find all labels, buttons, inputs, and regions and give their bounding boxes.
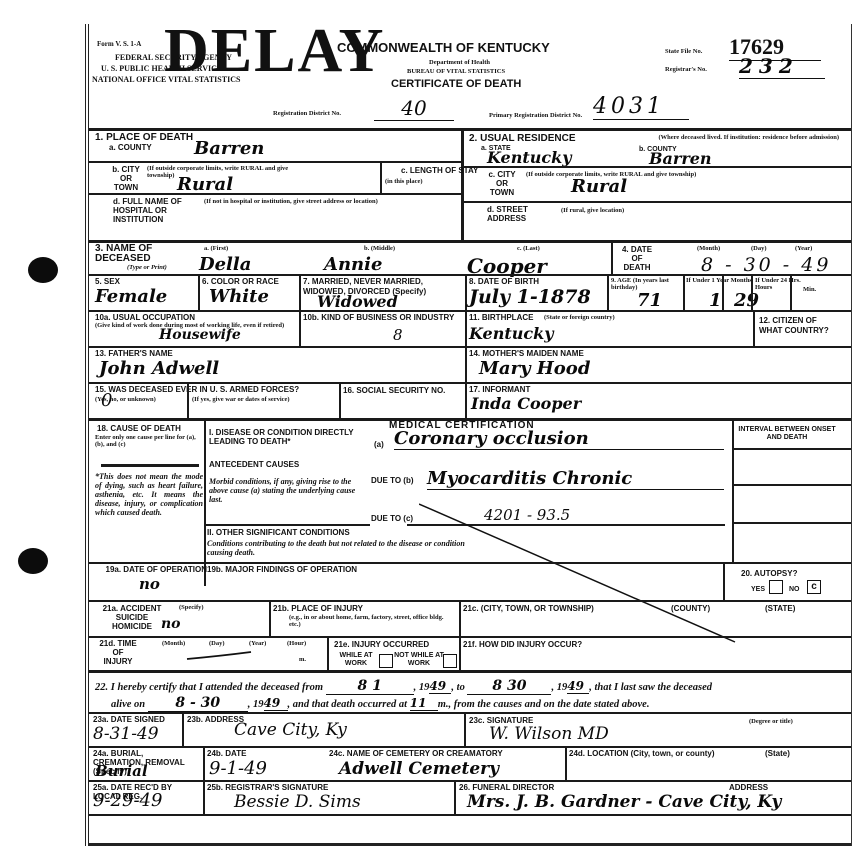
- injury-city-label: 21c. (CITY, TOWN, OR TOWNSHIP): [463, 604, 594, 613]
- degree-label: (Degree or title): [749, 718, 793, 725]
- name-label: 3. NAME OF DECEASED: [95, 244, 185, 264]
- registrar-number: 232: [739, 54, 825, 79]
- autopsy-yes-label: YES: [751, 585, 765, 594]
- autopsy-no-label: NO: [789, 585, 800, 594]
- injury-occurred-label: 21e. INJURY OCCURRED: [334, 640, 429, 649]
- operation-date-value: no: [139, 575, 160, 593]
- dod-value: 8 - 30 - 49: [701, 254, 831, 276]
- not-at-work-label: NOT WHILE AT WORK: [394, 652, 444, 668]
- attended-year-2: 49: [567, 679, 589, 694]
- certificate-title: CERTIFICATE OF DEATH: [391, 79, 521, 90]
- burial-date-label: 24b. DATE: [207, 749, 246, 758]
- hospital-note: (If not in hospital or institution, give…: [204, 198, 444, 205]
- street-note: (If rural, give location): [561, 207, 624, 214]
- date-signed-label: 23a. DATE SIGNED: [93, 715, 165, 724]
- alive-on-value: 8 - 30: [148, 695, 248, 712]
- strike-line: [419, 502, 739, 644]
- name-sub: (Type or Print): [127, 264, 167, 271]
- attended-from: 8 1: [326, 678, 414, 695]
- state-title: COMMONWEALTH OF KENTUCKY: [337, 42, 550, 53]
- age-min-label: Min.: [803, 286, 816, 293]
- cause-footnote: *This does not mean the mode of dying, s…: [95, 472, 203, 517]
- death-certificate: Form V. S. 1-A FEDERAL SECURITY AGENCY U…: [85, 24, 852, 846]
- middle-name-value: Annie: [324, 254, 382, 275]
- cert-text-b: that I last saw the deceased: [594, 682, 712, 693]
- attended-to: 8 30: [467, 678, 551, 695]
- birthplace-note: (State or foreign country): [544, 314, 615, 321]
- burial-state-label: (State): [765, 749, 790, 758]
- injury-time-dash: [185, 650, 255, 662]
- injury-time-label: 21d. TIME OF INJURY: [97, 639, 139, 666]
- place-of-death-label: 1. PLACE OF DEATH: [95, 132, 193, 143]
- first-name-value: Della: [199, 254, 251, 275]
- accident-label: 21a. ACCIDENT SUICIDE HOMICIDE: [97, 604, 167, 631]
- armed-forces-label: 15. WAS DECEASED EVER IN U. S. ARMED FOR…: [95, 385, 335, 394]
- marital-value: Widowed: [317, 292, 398, 311]
- county-label: a. COUNTY: [109, 143, 152, 152]
- cert-line-2: alive on 8 - 30, 1949, and that death oc…: [111, 695, 649, 712]
- age-months-value: 1: [709, 290, 722, 311]
- usual-residence-label: 2. USUAL RESIDENCE: [469, 133, 576, 144]
- attended-year-1: 49: [429, 679, 451, 694]
- cert-line-1: 22. I hereby certify that I attended the…: [95, 678, 712, 695]
- physician-signature: W. Wilson MD: [489, 724, 609, 744]
- date-received-value: 9-29-49: [93, 790, 162, 811]
- cause-a-value: Coronary occlusion: [394, 428, 724, 450]
- other-conditions-label: II. OTHER SIGNIFICANT CONDITIONS: [207, 528, 350, 537]
- cause-of-death-label: 18. CAUSE OF DEATH: [97, 424, 181, 433]
- antecedent-label: ANTECEDENT CAUSES: [209, 460, 299, 469]
- injury-place-note: (e.g., in or about home, farm, factory, …: [289, 614, 454, 628]
- alive-label: alive on: [111, 699, 145, 710]
- street-label: d. STREET ADDRESS: [487, 205, 537, 223]
- cert-text-c: m., from the causes and on the date stat…: [438, 699, 650, 710]
- interval-label: INTERVAL BETWEEN ONSET AND DEATH: [737, 426, 837, 442]
- birthplace-label: 11. BIRTHPLACE: [469, 313, 533, 322]
- line-c-label: DUE TO (c): [371, 514, 413, 523]
- at-work-label: WHILE AT WORK: [333, 652, 379, 668]
- injury-year-label: (Year): [249, 640, 266, 647]
- injury-day-label: (Day): [209, 640, 225, 647]
- occupation-value: Housewife: [159, 327, 241, 343]
- ssn-label: 16. SOCIAL SECURITY NO.: [343, 385, 453, 396]
- line-a-label: (a): [374, 440, 384, 449]
- injury-m: m.: [299, 656, 306, 663]
- race-label: 6. COLOR OR RACE: [202, 277, 279, 286]
- cemetery-value: Adwell Cemetery: [339, 759, 499, 779]
- dob-label: 8. DATE OF BIRTH: [469, 277, 539, 286]
- injury-month-label: (Month): [162, 640, 185, 647]
- injury-state-label: (STATE): [765, 604, 795, 613]
- dod-year-label: (Year): [795, 245, 812, 252]
- informant-value: Inda Cooper: [471, 394, 581, 413]
- burial-value: Burial: [95, 762, 148, 780]
- last-label: c. (Last): [517, 245, 540, 252]
- res-state-value: Kentucky: [487, 148, 572, 167]
- punch-hole-bottom: [18, 548, 48, 574]
- burial-date-value: 9-1-49: [209, 758, 267, 779]
- dod-label: 4. DATE OF DEATH: [617, 245, 657, 272]
- death-county-value: Barren: [194, 138, 264, 159]
- autopsy-label: 20. AUTOPSY?: [741, 569, 797, 578]
- informant-label: 17. INFORMANT: [469, 385, 530, 394]
- length-of-stay-note: (in this place): [385, 178, 423, 185]
- department: Department of Health: [429, 59, 490, 66]
- occupation-label: 10a. USUAL OCCUPATION: [95, 313, 195, 322]
- armed-note-2: (If yes, give war or dates of service): [192, 396, 290, 403]
- funeral-director-label: 26. FUNERAL DIRECTOR: [459, 783, 554, 792]
- registrar-signature: Bessie D. Sims: [234, 792, 361, 812]
- primary-district-number: 4031: [593, 94, 689, 120]
- cause-note: Enter only one cause per line for (a), (…: [95, 434, 205, 448]
- injury-county-label: (COUNTY): [671, 604, 710, 613]
- age-months-label: If Under 1 Year Months: [686, 277, 766, 284]
- armed-forces-value: 0: [101, 390, 112, 411]
- sex-label: 5. SEX: [95, 277, 120, 286]
- state-file-label: State File No.: [665, 48, 702, 55]
- injury-place-label: 21b. PLACE OF INJURY: [273, 604, 363, 613]
- accident-specify: (Specify): [179, 604, 204, 611]
- death-time-value: 11: [410, 696, 438, 711]
- signer-address-value: Cave City, Ky: [234, 720, 347, 740]
- res-city-label: c. CITY OR TOWN: [487, 170, 517, 197]
- birthplace-value: Kentucky: [469, 324, 554, 343]
- not-at-work-checkbox[interactable]: [443, 654, 457, 668]
- business-label: 10b. KIND OF BUSINESS OR INDUSTRY: [303, 313, 463, 322]
- burial-location-label: 24d. LOCATION (City, town, or county): [569, 749, 714, 758]
- alive-year: 49: [264, 696, 288, 711]
- mother-value: Mary Hood: [479, 358, 590, 379]
- death-occurred-text: and that death occurred at: [293, 699, 407, 710]
- age-label: 9. AGE (In years last birthday): [611, 277, 681, 291]
- primary-district-label: Primary Registration District No.: [489, 112, 582, 119]
- registration-district-label: Registration District No.: [273, 110, 341, 117]
- age-days-value: 29: [734, 290, 759, 311]
- registration-district-number: 40: [374, 96, 454, 121]
- funeral-address-label: ADDRESS: [729, 783, 768, 792]
- funeral-director-value: Mrs. J. B. Gardner - Cave City, Ky: [467, 792, 781, 812]
- cause-b-value: Myocarditis Chronic: [427, 468, 724, 490]
- death-city-label: b. CITY OR TOWN: [111, 165, 141, 192]
- operation-findings-label: 19b. MAJOR FINDINGS OF OPERATION: [207, 565, 357, 574]
- dod-month-label: (Month): [697, 245, 720, 252]
- age-hours-label: If Under 24 Hrs. Hours: [755, 277, 805, 291]
- age-years-value: 71: [637, 290, 662, 311]
- registrar-label: Registrar's No.: [665, 66, 707, 73]
- first-label: a. (First): [204, 245, 228, 252]
- autopsy-no-checkbox[interactable]: c: [807, 580, 821, 594]
- hospital-label: d. FULL NAME OF HOSPITAL OR INSTITUTION: [113, 197, 203, 224]
- usual-residence-note: (Where deceased lived. If institution: r…: [609, 134, 839, 141]
- accident-value: no: [161, 616, 181, 632]
- injury-hour-label: (Hour): [287, 640, 306, 647]
- father-label: 13. FATHER'S NAME: [95, 349, 173, 358]
- to-label: to: [457, 682, 465, 693]
- at-work-checkbox[interactable]: [379, 654, 393, 668]
- father-value: John Adwell: [99, 358, 219, 379]
- punch-hole-top: [28, 257, 58, 283]
- antecedent-note: Morbid conditions, if any, giving rise t…: [209, 477, 359, 504]
- res-city-value: Rural: [571, 176, 627, 197]
- cert-text-a: 22. I hereby certify that I attended the…: [95, 682, 323, 693]
- mother-label: 14. MOTHER'S MAIDEN NAME: [469, 349, 584, 358]
- bureau: BUREAU OF VITAL STATISTICS: [407, 68, 505, 75]
- registrar-signature-label: 25b. REGISTRAR'S SIGNATURE: [207, 783, 328, 792]
- death-city-value: Rural: [177, 174, 233, 195]
- business-value: 8: [393, 326, 403, 344]
- race-value: White: [209, 286, 269, 307]
- middle-label: b. (Middle): [364, 245, 395, 252]
- sex-value: Female: [95, 286, 167, 307]
- operation-date-label: 19a. DATE OF OPERATION: [97, 565, 207, 574]
- cemetery-label: 24c. NAME OF CEMETERY OR CREAMATORY: [329, 749, 503, 758]
- how-injury-label: 21f. HOW DID INJURY OCCUR?: [463, 640, 582, 649]
- disease-label: I. DISEASE OR CONDITION DIRECTLY LEADING…: [209, 428, 369, 446]
- date-signed-value: 8-31-49: [93, 724, 159, 744]
- line-b-label: DUE TO (b): [371, 476, 414, 485]
- autopsy-yes-checkbox[interactable]: [769, 580, 783, 594]
- form-number: Form V. S. 1-A: [97, 40, 141, 49]
- dob-value: July 1-1878: [469, 286, 591, 308]
- citizen-label: 12. CITIZEN OF WHAT COUNTRY?: [759, 316, 839, 336]
- dod-day-label: (Day): [751, 245, 767, 252]
